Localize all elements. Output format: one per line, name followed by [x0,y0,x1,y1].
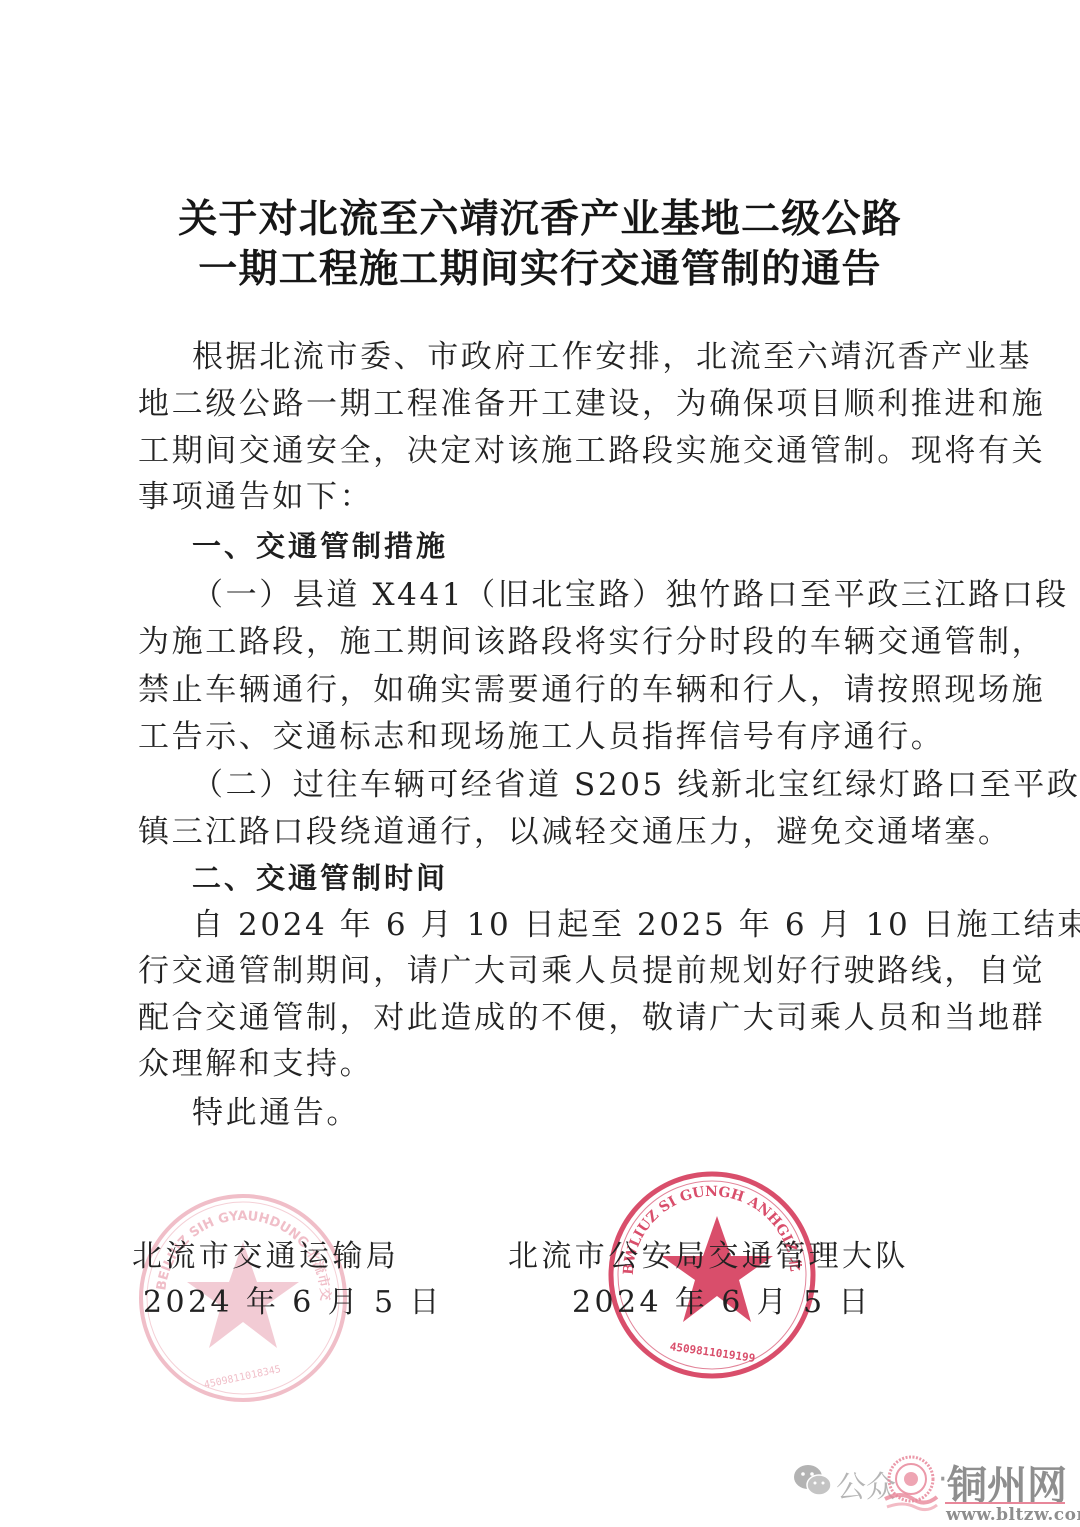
period-line: 众理解和支持。 [138,1047,928,1081]
period-line: 自 2024 年 6 月 10 日起至 2025 年 6 月 10 日施工结束，… [192,908,928,942]
document-title-line-1: 关于对北流至六靖沉香产业基地二级公路 [0,188,1080,244]
section-heading-period: 二、交通管制时间 [192,861,448,895]
item-line: 禁止车辆通行，如确实需要通行的车辆和行人，请按照现场施 [138,673,928,707]
signatory-traffic-police: 北流市公安局交通管理大队 [508,1240,909,1274]
intro-line: 事项通告如下： [138,480,928,514]
signatory-transport-bureau: 北流市交通运输局 [132,1240,399,1274]
intro-line: 地二级公路一期工程准备开工建设，为确保项目顺利推进和施 [138,387,928,421]
item-line: （一）县道 X441（旧北宝路）独竹路口至平政三江路口段 [192,578,928,612]
item-line: 镇三江路口段绕道通行，以减轻交通压力，避免交通堵塞。 [138,815,928,849]
document-title-line-2: 一期工程施工期间实行交通管制的通告 [0,238,1080,294]
closing-statement: 特此通告。 [192,1096,928,1130]
svg-text:4509811019199: 4509811019199 [669,1340,756,1365]
period-line: 配合交通管制，对此造成的不便，敬请广大司乘人员和当地群 [138,1001,928,1035]
intro-line: 工期间交通安全，决定对该施工路段实施交通管制。现将有关 [138,434,928,468]
watermark-url: www.bltzw.com [946,1505,1080,1525]
item-line: （二）过往车辆可经省道 S205 线新北宝红绿灯路口至平政 [192,768,928,802]
watermark-logo-icon [883,1455,939,1513]
watermark-underline [945,1502,1065,1504]
section-heading-measures: 一、交通管制措施 [192,529,448,563]
signature-date-transport-bureau: 2024 年 6 月 5 日 [143,1286,443,1320]
official-seal-traffic-police: BWLIUZ SI GUNGH ANHGIZ 北流市公安局交通管理大队 4509… [605,1168,819,1382]
item-line: 工告示、交通标志和现场施工人员指挥信号有序通行。 [138,720,928,754]
item-line: 为施工路段，施工期间该路段将实行分时段的车辆交通管制， [138,625,928,659]
wechat-icon [793,1463,833,1499]
svg-text:4509811018345: 4509811018345 [203,1364,282,1391]
period-line: 行交通管制期间，请广大司乘人员提前规划好行驶路线，自觉 [138,954,928,988]
signature-date-traffic-police: 2024 年 6 月 5 日 [572,1286,872,1320]
intro-line: 根据北流市委、市政府工作安排，北流至六靖沉香产业基 [192,340,928,374]
